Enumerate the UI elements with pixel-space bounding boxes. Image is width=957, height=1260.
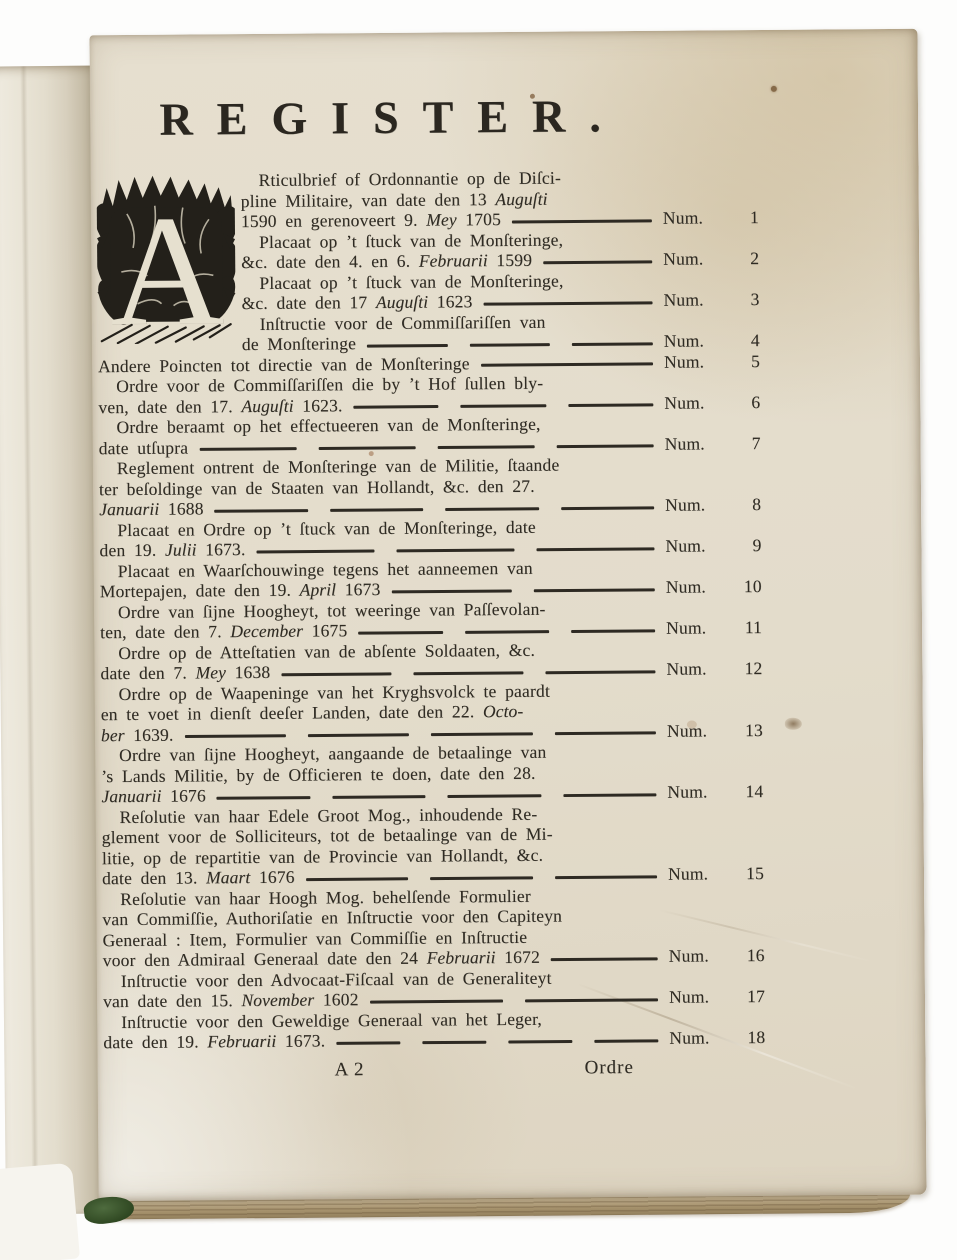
text-column: REGISTER. bbox=[95, 30, 768, 1201]
entry-line: date den 19. Februarii 1673.Num.18 bbox=[103, 1027, 767, 1053]
leader-dash bbox=[367, 344, 448, 347]
num-value: 17 bbox=[709, 986, 767, 1007]
num-label: Num. bbox=[666, 617, 706, 638]
register-entry: Inſtructie voor den Advocaat-Fiſcaal van… bbox=[103, 965, 767, 1011]
leader-dash bbox=[557, 445, 654, 448]
torn-paper-edge bbox=[0, 1163, 80, 1260]
leader-dash bbox=[508, 1040, 572, 1043]
leader-dash bbox=[594, 1039, 658, 1042]
num-label: Num. bbox=[666, 658, 706, 679]
leader-dash bbox=[484, 301, 653, 305]
leader-dash bbox=[397, 548, 515, 552]
leader-dash bbox=[391, 589, 512, 593]
leader-dash bbox=[413, 671, 523, 674]
leader-dash bbox=[330, 508, 423, 511]
entry-line-text: Rticulbrief of Ordonnantie op de Diſci- bbox=[258, 168, 561, 190]
leader-dash bbox=[525, 998, 658, 1002]
num-value: 4 bbox=[704, 330, 762, 351]
num-value: 9 bbox=[706, 535, 764, 556]
leader-dash bbox=[465, 630, 549, 633]
entry-number: Num.9 bbox=[665, 535, 763, 556]
entry-line-text: de Monſteringe bbox=[242, 333, 356, 354]
leader-dash bbox=[308, 734, 409, 737]
initial-letter: A bbox=[109, 183, 225, 344]
entry-number: Num.3 bbox=[663, 289, 761, 310]
entry-line-text: glement voor de Solliciteurs, tot de bet… bbox=[102, 824, 553, 848]
leader-dash bbox=[555, 732, 656, 735]
leader-dash bbox=[354, 405, 439, 408]
entry-line-text: Januarii 1688 bbox=[99, 498, 204, 519]
leader-dash bbox=[336, 1041, 400, 1044]
leader-dash bbox=[430, 876, 532, 879]
entry-line-text: Ordre op de Waapeninge van het Kryghsvol… bbox=[119, 680, 551, 703]
num-value: 6 bbox=[704, 391, 762, 412]
entry-line-text: ber 1639. bbox=[101, 724, 174, 745]
entry-line-text: Reſolutie van haar Hoogh Mog. behelſende… bbox=[120, 885, 531, 908]
register-entry: Reſolutie van haar Edele Groot Mog., inh… bbox=[101, 801, 766, 888]
entry-number: Num.11 bbox=[666, 617, 764, 638]
register-entry: Ordre op de Waapeninge van het Kryghsvol… bbox=[101, 678, 765, 745]
entry-line-text: Inſtructie voor de Commiſſariſſen van bbox=[260, 311, 546, 333]
leader-dash bbox=[358, 631, 442, 634]
entry-number: Num.10 bbox=[666, 576, 764, 597]
num-value: 7 bbox=[705, 432, 763, 453]
entry-number: Num.18 bbox=[669, 1027, 767, 1048]
entry-line-text: Ordre van ſijne Hoogheyt, aangaande de b… bbox=[119, 742, 546, 765]
register-entry: Ordre van ſijne Hoogheyt, aangaande de b… bbox=[101, 740, 765, 807]
leader-dash bbox=[568, 404, 653, 407]
num-value: 8 bbox=[705, 494, 763, 515]
num-value: 12 bbox=[707, 658, 765, 679]
entry-line-text: ter beſoldinge van de Staaten van Hollan… bbox=[99, 475, 535, 498]
leader-dash bbox=[572, 342, 653, 345]
num-value: 13 bbox=[707, 719, 765, 740]
num-value: 11 bbox=[706, 617, 764, 638]
leader-dash bbox=[217, 796, 310, 799]
num-label: Num. bbox=[665, 433, 705, 454]
num-label: Num. bbox=[664, 351, 704, 372]
leader-dash bbox=[551, 957, 658, 960]
initial-woodcut: A bbox=[97, 173, 236, 344]
num-value: 18 bbox=[709, 1027, 767, 1048]
leader-dash bbox=[437, 446, 534, 449]
leader-dash bbox=[571, 629, 655, 632]
entry-line-text: Generaal : Item, Formulier van Commiſſie… bbox=[102, 926, 527, 949]
num-label: Num. bbox=[663, 289, 703, 310]
leader-dash bbox=[561, 506, 654, 509]
register-entry: Placaat en Ordre op ’t ſtuck van de Monſ… bbox=[99, 514, 763, 560]
leader-dash bbox=[281, 672, 391, 675]
entry-line-text: &c. date den 4. en 6. Februarii 1599 bbox=[241, 250, 532, 273]
entry-line-text: Placaat op ’t ſtuck van de Monſteringe, bbox=[259, 229, 563, 251]
leader-dash bbox=[543, 260, 652, 263]
leader-dash bbox=[481, 363, 653, 367]
entry-line-text: Ordre voor de Commiſſariſſen die by ’t H… bbox=[116, 373, 543, 396]
leader-dash bbox=[537, 547, 655, 551]
page-title: REGISTER. bbox=[100, 91, 660, 146]
entry-line-text: den 19. Julii 1673. bbox=[99, 539, 245, 561]
register-entry: Ordre beraamt op het effectueeren van de… bbox=[98, 412, 762, 458]
num-value: 16 bbox=[709, 945, 767, 966]
entry-number: Num.8 bbox=[665, 494, 763, 515]
leader-dash bbox=[512, 219, 652, 223]
entry-line-text: Ordre op de Atteſtatien van de abſente S… bbox=[118, 639, 535, 662]
entry-number: Num.12 bbox=[666, 658, 764, 679]
num-value: 10 bbox=[706, 576, 764, 597]
entry-line-text: pline Militaire, van date den 13 Auguſti bbox=[241, 188, 548, 210]
leader-dash bbox=[370, 1000, 503, 1004]
entry-line-text: Reglement ontrent de Monſteringe van de … bbox=[117, 455, 560, 478]
entry-line: &c. date den 4. en 6. Februarii 1599Num.… bbox=[241, 248, 761, 273]
leader-dash bbox=[470, 343, 551, 346]
book-page: REGISTER. bbox=[89, 29, 926, 1201]
num-label: Num. bbox=[663, 248, 703, 269]
num-label: Num. bbox=[669, 945, 709, 966]
entry-number: Num.7 bbox=[665, 432, 763, 453]
leader-dash bbox=[545, 670, 655, 673]
foxing-spot bbox=[771, 86, 777, 92]
entry-number: Num.16 bbox=[669, 945, 767, 966]
entry-line-text: Inſtructie voor den Advocaat-Fiſcaal van… bbox=[121, 967, 552, 990]
num-label: Num. bbox=[669, 1027, 709, 1048]
leader-dash bbox=[461, 405, 546, 408]
leader-dash bbox=[318, 447, 415, 450]
register-entry: Reſolutie van haar Hoogh Mog. behelſende… bbox=[102, 883, 767, 970]
num-value: 1 bbox=[703, 207, 761, 228]
entry-line-text: litie, op de repartitie van de Provincie… bbox=[102, 844, 543, 867]
leader-dash bbox=[448, 794, 541, 797]
entry-line-text: Reſolutie van haar Edele Groot Mog., inh… bbox=[119, 803, 537, 826]
leader-dash bbox=[445, 507, 538, 510]
entry-line-text: date utſupra bbox=[99, 437, 189, 458]
entry-number: Num.2 bbox=[663, 248, 761, 269]
signature-mark: A 2 bbox=[334, 1059, 364, 1081]
num-label: Num. bbox=[665, 535, 705, 556]
num-label: Num. bbox=[667, 781, 707, 802]
leader-dash bbox=[215, 509, 308, 512]
entry-line-text: date den 19. Februarii 1673. bbox=[103, 1030, 325, 1052]
num-label: Num. bbox=[663, 207, 703, 228]
entry-line-text: ’s Lands Militie, by de Officieren te do… bbox=[101, 762, 535, 785]
entry-line-text: van date den 15. November 1602 bbox=[103, 989, 359, 1012]
entry-line-text: Placaat op ’t ſtuck van de Monſteringe, bbox=[259, 270, 563, 292]
leader-dash bbox=[563, 793, 656, 796]
photo-background: { "page": { "title": "REGISTER.", "initi… bbox=[0, 0, 957, 1260]
leader-dash bbox=[422, 1041, 486, 1044]
entry-line: 1590 en gerenoveert 9. Mey 1705Num.1 bbox=[241, 207, 761, 232]
entry-line-text: Ordre van ſijne Hoogheyt, tot weeringe v… bbox=[118, 598, 546, 621]
entry-number: Num.1 bbox=[663, 207, 761, 228]
num-label: Num. bbox=[665, 494, 705, 515]
foxing-spot bbox=[785, 718, 802, 730]
num-value: 2 bbox=[703, 248, 761, 269]
leader-dash bbox=[534, 588, 655, 592]
entry-number: Num.15 bbox=[668, 863, 766, 884]
catchword: Ordre bbox=[584, 1057, 633, 1079]
entry-line-text: Andere Poincten tot directie van de Monſ… bbox=[98, 353, 470, 376]
entry-number: Num.4 bbox=[664, 330, 762, 351]
entry-line-text: Januarii 1676 bbox=[101, 785, 206, 806]
entry-number: Num.14 bbox=[667, 781, 765, 802]
register-entry: Ordre op de Atteſtatien van de abſente S… bbox=[100, 637, 764, 683]
num-label: Num. bbox=[666, 576, 706, 597]
num-label: Num. bbox=[668, 863, 708, 884]
entry-number: Num.6 bbox=[664, 391, 762, 412]
entry-line-text: ten, date den 7. December 1675 bbox=[100, 620, 347, 642]
register-entry: Inſtructie voor den Geweldige Generaal v… bbox=[103, 1006, 767, 1052]
num-value: 5 bbox=[704, 350, 762, 371]
leader-dash bbox=[306, 877, 408, 880]
num-value: 15 bbox=[708, 863, 766, 884]
entry-line-text: date den 13. Maart 1676 bbox=[102, 867, 295, 889]
entry-line-text: Mortepajen, date den 19. April 1673 bbox=[100, 579, 381, 602]
entry-number: Num.5 bbox=[664, 350, 762, 371]
entry-line-text: Ordre beraamt op het effectueeren van de… bbox=[116, 414, 540, 437]
entry-line-text: date den 7. Mey 1638 bbox=[100, 662, 270, 684]
register-entry: Reglement ontrent de Monſteringe van de … bbox=[99, 453, 763, 520]
num-label: Num. bbox=[667, 720, 707, 741]
leader-dash bbox=[199, 448, 296, 451]
num-value: 3 bbox=[704, 289, 762, 310]
entries-list: A Rticulbrief of Ordonnantie op de Diſci… bbox=[97, 166, 768, 1053]
leader-dash bbox=[332, 795, 425, 798]
entry-line-text: Placaat en Ordre op ’t ſtuck van de Monſ… bbox=[117, 516, 536, 539]
register-entry: Placaat en Waarſchouwinge tegens het aan… bbox=[100, 555, 764, 601]
entry-line-text: Placaat en Waarſchouwinge tegens het aan… bbox=[118, 557, 533, 580]
leader-dash bbox=[431, 733, 532, 736]
entry-line-text: &c. date den 17 Auguſti 1623 bbox=[241, 291, 472, 313]
entry-line-text: ven, date den 17. Auguſti 1623. bbox=[98, 395, 342, 417]
register-entry: Ordre van ſijne Hoogheyt, tot weeringe v… bbox=[100, 596, 764, 642]
entry-line-text: 1590 en gerenoveert 9. Mey 1705 bbox=[241, 209, 501, 232]
entry-line: &c. date den 17 Auguſti 1623Num.3 bbox=[241, 289, 761, 314]
register-entry: Ordre voor de Commiſſariſſen die by ’t H… bbox=[98, 371, 762, 417]
entry-number: Num.17 bbox=[669, 986, 767, 1007]
num-value: 14 bbox=[707, 781, 765, 802]
entry-number: Num.13 bbox=[667, 719, 765, 740]
leader-dash bbox=[185, 735, 286, 738]
num-label: Num. bbox=[664, 392, 704, 413]
entry-line-text: Inſtructie voor den Geweldige Generaal v… bbox=[121, 1008, 542, 1031]
leader-dash bbox=[555, 875, 657, 878]
num-label: Num. bbox=[664, 330, 704, 351]
entry-line-text: en te voet in dienſt deeſer Landen, date… bbox=[101, 701, 524, 724]
num-label: Num. bbox=[669, 986, 709, 1007]
leader-dash bbox=[257, 549, 375, 553]
